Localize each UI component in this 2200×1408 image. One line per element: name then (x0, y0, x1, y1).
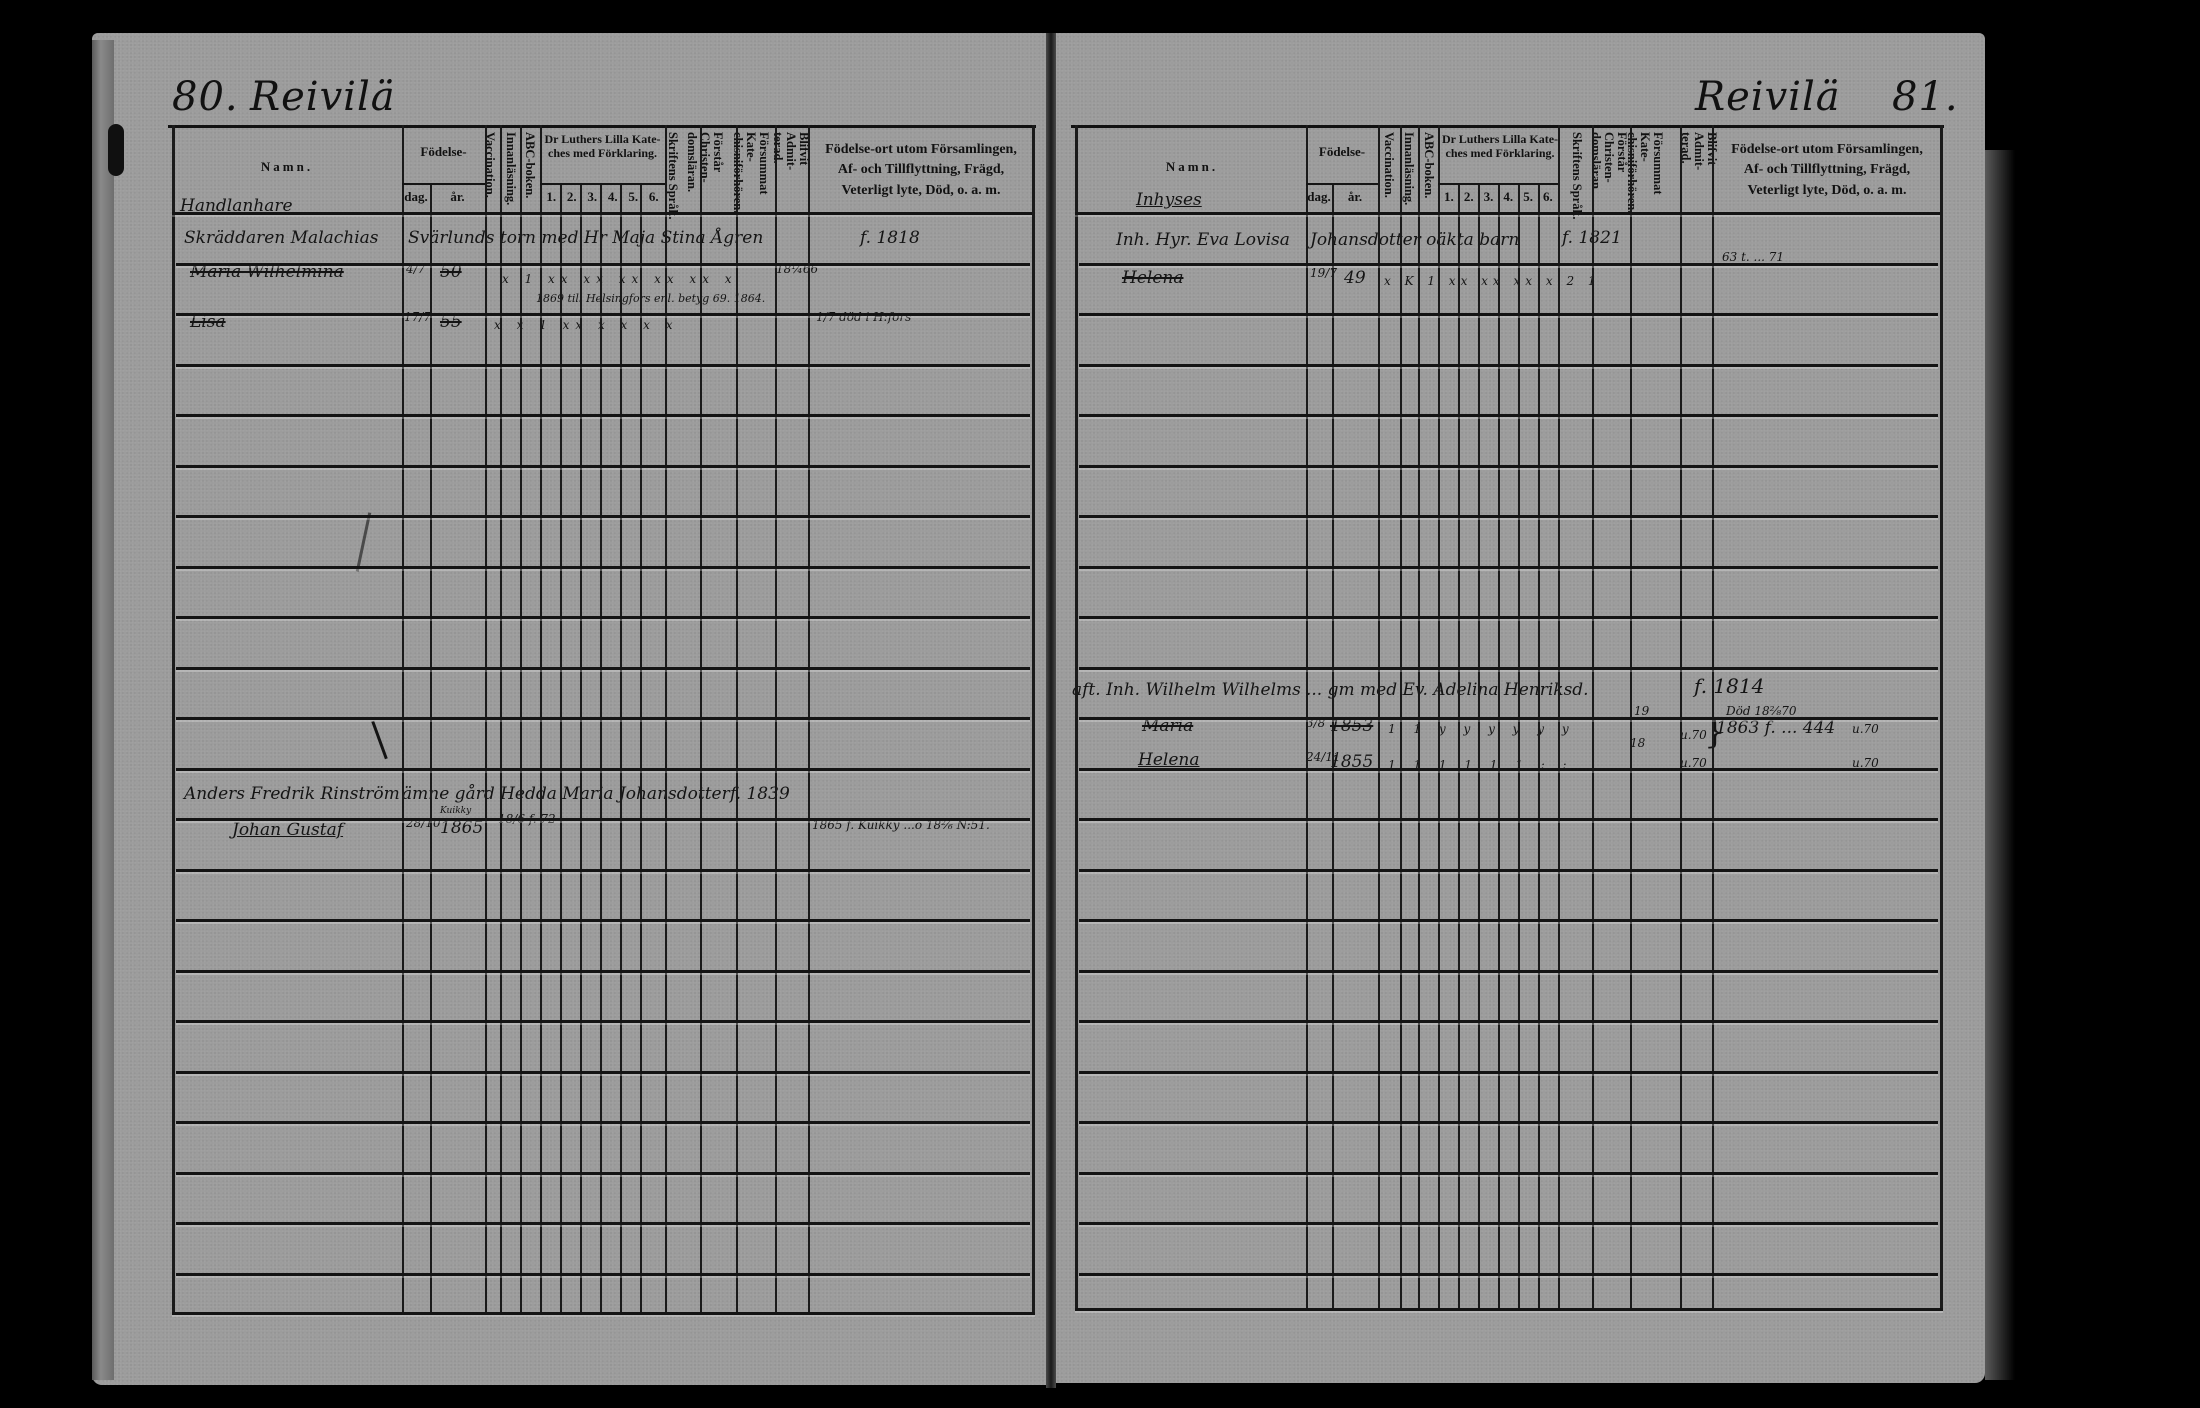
entry-admitted: 18 (1630, 736, 1645, 750)
entry-name: aft. Inh. Wilhelm Wilhelms (1072, 680, 1301, 700)
entry-born: f. 1814 (1694, 674, 1764, 698)
row-rule (176, 364, 1030, 367)
header-notes: Födelse-ort utom Församlingen, Af- och T… (1716, 140, 1938, 201)
header-catechism-part: 4. (1498, 190, 1518, 205)
entry-migration: u.70 (1680, 728, 1707, 742)
row-rule (176, 1121, 1030, 1124)
header-reading: Innanläsning. (504, 132, 517, 205)
entry-name: Helena (1122, 268, 1183, 288)
row-rule (1079, 717, 1938, 720)
entry-name: Anders Fredrik Rinström (184, 784, 400, 804)
header-scripture: Skriftens Språk. (666, 132, 679, 220)
header-admitted: Blifvit Admit-terad. (782, 132, 810, 192)
table-border-right (1032, 125, 1035, 1312)
row-rule (176, 869, 1030, 872)
table-bottom-rule (1075, 1308, 1943, 1311)
row-rule (1079, 616, 1938, 619)
header-admitted: Blifvit Admit-terad. (1690, 132, 1718, 192)
row-rule (1079, 667, 1938, 670)
row-rule (176, 1222, 1030, 1225)
table-bottom-rule (172, 1312, 1035, 1315)
row-rule (1079, 1273, 1938, 1276)
entry-remark: 1869 till Helsingfors enl. betyg 69. 186… (536, 292, 765, 305)
subheader-rule (1438, 183, 1558, 185)
binding-hole (108, 124, 124, 176)
header-birth-day: dag. (402, 190, 430, 205)
header-birth: Födelse- (1306, 145, 1378, 160)
subheader-rule (1306, 183, 1378, 185)
table-border-left (1075, 125, 1078, 1308)
row-rule (176, 515, 1030, 518)
village-title-left: Reivilä (250, 74, 396, 120)
row-rule (176, 970, 1030, 973)
header-catechism-part: 2. (1459, 190, 1479, 205)
table-border-left (172, 125, 175, 1312)
header-birth-year: år. (1332, 190, 1378, 205)
row-rule (1079, 263, 1938, 266)
row-rule (176, 1020, 1030, 1023)
entry-marks: 1 1 y y y y y y (1388, 722, 1576, 736)
entry-heading: Inhyses (1136, 190, 1202, 210)
book-spine-edge (92, 40, 114, 1380)
column-rule (1498, 185, 1500, 1308)
header-bottom-rule (172, 212, 1032, 215)
entry-name: Inh. Hyr. Eva Lovisa (1116, 230, 1290, 250)
entry-birth-year: 49 (1344, 268, 1366, 288)
row-rule (1079, 566, 1938, 569)
row-rule (1079, 919, 1938, 922)
entry-year-note: Kuikky (440, 806, 471, 816)
row-rule (176, 667, 1030, 670)
header-catechism: Dr Luthers Lilla Kate-ches med Förklarin… (540, 133, 665, 161)
row-rule (1079, 465, 1938, 468)
entry-continuation: ... gm med Ev. Adelina Henriksd. (1306, 680, 1589, 700)
village-title-right: Reivilä (1695, 74, 1841, 120)
top-rule (1071, 125, 1944, 128)
entry-continuation: ämne gård Hedda Maria Johansdotter (402, 784, 730, 804)
row-rule (1079, 869, 1938, 872)
header-birth-day: dag. (1306, 190, 1332, 205)
column-rule (600, 185, 602, 1312)
header-catechism-part: 4. (603, 190, 624, 205)
column-rule (640, 185, 642, 1312)
entry-continuation: Svärlunds torn med Hr Maja Stina Ågren (408, 228, 763, 248)
row-rule (1079, 818, 1938, 821)
entry-born: f. 1839 (730, 784, 790, 804)
row-rule (176, 717, 1030, 720)
header-name: Namn. (172, 160, 402, 175)
top-rule (168, 125, 1036, 128)
header-catechism-part: 5. (1518, 190, 1538, 205)
header-birth-year: år. (430, 190, 485, 205)
header-bottom-rule (1075, 212, 1940, 215)
entry-notes: 1863 f. ... 444 (1716, 718, 1835, 738)
header-reading: Innanläsning. (1402, 132, 1415, 205)
page-edge-shadow (1985, 150, 2015, 1380)
entry-name: Helena (1138, 750, 1199, 770)
header-missed: Försummat Kate-chisniförhören. (742, 132, 770, 207)
entry-marks: x x 1 xx x x x x (494, 318, 678, 332)
header-catechism-part: 3. (582, 190, 603, 205)
row-rule (1079, 1020, 1938, 1023)
header-notes: Födelse-ort utom Församlingen, Af- och T… (810, 140, 1032, 201)
row-rule (1079, 1071, 1938, 1074)
entry-born: f. 1818 (860, 228, 920, 248)
table-border-right (1940, 125, 1943, 1308)
header-catechism-part: 2. (562, 190, 583, 205)
row-rule (1079, 313, 1938, 316)
row-rule (176, 465, 1030, 468)
row-rule (1079, 1121, 1938, 1124)
row-rule (1079, 1172, 1938, 1175)
column-rule (560, 185, 562, 1312)
row-rule (176, 818, 1030, 821)
column-rule (580, 185, 582, 1312)
page-number-right: 81. (1892, 74, 1959, 120)
column-rule (1458, 185, 1460, 1308)
header-vaccination: Vaccination. (1382, 132, 1395, 198)
subheader-rule (540, 183, 665, 185)
header-catechism-part: 1. (541, 190, 562, 205)
entry-extra: 19 (1634, 704, 1649, 718)
header-birth: Födelse- (402, 145, 485, 160)
row-rule (176, 1273, 1030, 1276)
column-rule (1478, 185, 1480, 1308)
header-missed: Försummat Kate-chisniförhören. (1636, 132, 1664, 207)
page-number-left: 80. (172, 74, 239, 120)
row-rule (176, 1172, 1030, 1175)
row-rule (176, 263, 1030, 266)
column-rule (430, 185, 432, 1312)
column-rule (620, 185, 622, 1312)
header-name: Namn. (1078, 160, 1306, 175)
row-rule (176, 313, 1030, 316)
row-rule (176, 566, 1030, 569)
header-catechism-part: 6. (644, 190, 665, 205)
column-rule (1518, 185, 1520, 1308)
page-gutter (1046, 33, 1056, 1388)
row-rule (176, 616, 1030, 619)
column-rule (1538, 185, 1540, 1308)
header-abc: ABC-boken. (1422, 132, 1435, 198)
header-scripture: Skriftens Språk. (1570, 132, 1583, 220)
row-rule (176, 414, 1030, 417)
entry-marks: x K 1 xx xx xx x 2 1 (1384, 274, 1601, 288)
row-rule (1079, 1222, 1938, 1225)
header-catechism-part: 1. (1439, 190, 1459, 205)
row-rule (1079, 768, 1938, 771)
subheader-rule (402, 183, 485, 185)
row-rule (1079, 414, 1938, 417)
entry-birth-year: 1865 (440, 818, 483, 838)
header-doctrine: Förstår Christen-domsläran. (1600, 132, 1628, 207)
row-rule (1079, 515, 1938, 518)
entry-notes: Död 18²⁄₈70 (1726, 704, 1797, 718)
header-catechism-part: 6. (1538, 190, 1558, 205)
header-catechism-part: 3. (1479, 190, 1499, 205)
entry-name: Skräddaren Malachias (184, 228, 379, 248)
column-rule (1332, 185, 1334, 1308)
row-rule (1079, 364, 1938, 367)
row-rule (176, 768, 1030, 771)
row-rule (1079, 970, 1938, 973)
row-rule (176, 1071, 1030, 1074)
header-catechism-part: 5. (623, 190, 644, 205)
header-abc: ABC-boken. (523, 132, 536, 198)
entry-notes-secondary: u.70 (1852, 722, 1879, 736)
entry-notes: 63 t. ... 71 (1722, 250, 1784, 264)
header-catechism: Dr Luthers Lilla Kate-ches med Förklarin… (1440, 133, 1560, 161)
entry-name: Johan Gustaf (232, 820, 343, 840)
row-rule (176, 919, 1030, 922)
entry-continuation: Johansdotter oäkta barn (1310, 230, 1519, 250)
